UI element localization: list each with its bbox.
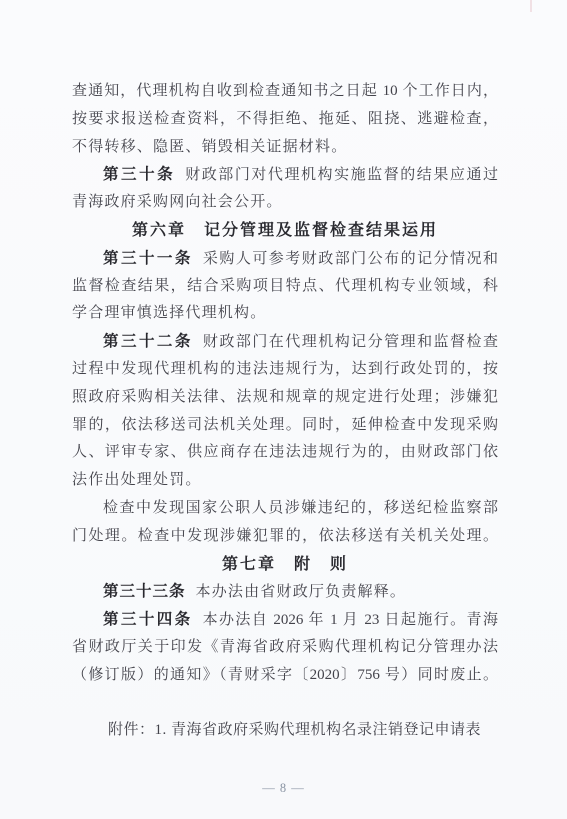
article-number: 第三十四条	[103, 611, 193, 628]
text-run: 省财政厅关于印发《青海省政府采购代理机构记分管理办法	[72, 639, 498, 655]
text-run: 财政部门对代理机构实施监督的结果应通过	[185, 167, 498, 183]
document-page: 查通知，代理机构自收到检查通知书之日起 10 个工作日内，按要求报送检查资料，不…	[0, 0, 567, 819]
document-line: 过程中发现代理机构的违法违规行为，达到行政处罚的，按	[72, 356, 498, 384]
text-run: 罪的，依法移送司法机关处理。同时，延伸检查中发现采购	[72, 417, 498, 433]
document-line: 罪的，依法移送司法机关处理。同时，延伸检查中发现采购	[72, 412, 498, 440]
chapter-heading: 第七章 附 则	[72, 551, 498, 579]
text-run: 不得转移、隐匿、销毁相关证据材料。	[72, 139, 347, 155]
text-run: 门处理。检查中发现涉嫌犯罪的，依法移送有关机关处理。	[72, 528, 498, 544]
document-line: 青海政府采购网向社会公开。	[72, 189, 498, 217]
text-run: 本办法由省财政厅负责解释。	[196, 584, 407, 600]
document-line: （修订版）的通知》（青财采字〔2020〕756 号）同时废止。	[72, 662, 498, 690]
article-number: 第三十一条	[103, 250, 193, 267]
text-run: 过程中发现代理机构的违法违规行为，达到行政处罚的，按	[72, 361, 498, 377]
text-run: 人、评审专家、供应商存在违法违规行为的，由财政部门依	[72, 444, 498, 460]
document-line: 法作出处理处罚。	[72, 467, 498, 495]
document-line: 按要求报送检查资料，不得拒绝、拖延、阻挠、逃避检查，	[72, 106, 498, 134]
text-run: 监督检查结果，结合采购项目特点、代理机构专业领域，科	[72, 278, 498, 294]
document-line: 省财政厅关于印发《青海省政府采购代理机构记分管理办法	[72, 634, 498, 662]
document-line: 查通知，代理机构自收到检查通知书之日起 10 个工作日内，	[72, 78, 498, 106]
text-run: 第七章 附 则	[222, 556, 348, 573]
scan-artifact	[530, 0, 532, 12]
document-line: 检查中发现国家公职人员涉嫌违纪的，移送纪检监察部	[72, 495, 498, 523]
blank-line	[72, 690, 498, 718]
attachment-line: 附件：1. 青海省政府采购代理机构名录注销登记申请表	[72, 717, 498, 745]
article-number: 第三十二条	[103, 333, 193, 350]
document-line: 第三十四条本办法自 2026 年 1 月 23 日起施行。青海	[72, 606, 498, 634]
document-line: 人、评审专家、供应商存在违法违规行为的，由财政部门依	[72, 439, 498, 467]
text-run: 本办法自 2026 年 1 月 23 日起施行。青海	[203, 612, 498, 628]
text-run: 检查中发现国家公职人员涉嫌违纪的，移送纪检监察部	[103, 500, 498, 516]
chapter-heading: 第六章 记分管理及监督检查结果运用	[72, 217, 498, 245]
text-run: 第六章 记分管理及监督检查结果运用	[132, 222, 438, 239]
document-line: 第三十一条采购人可参考财政部门公布的记分情况和	[72, 245, 498, 273]
text-run: 照政府采购相关法律、法规和规章的规定进行处理；涉嫌犯	[72, 389, 498, 405]
document-line: 照政府采购相关法律、法规和规章的规定进行处理；涉嫌犯	[72, 384, 498, 412]
document-body: 查通知，代理机构自收到检查通知书之日起 10 个工作日内，按要求报送检查资料，不…	[72, 78, 498, 745]
text-run: 青海政府采购网向社会公开。	[72, 194, 283, 210]
document-line: 监督检查结果，结合采购项目特点、代理机构专业领域，科	[72, 273, 498, 301]
document-line: 不得转移、隐匿、销毁相关证据材料。	[72, 134, 498, 162]
text-run: 采购人可参考财政部门公布的记分情况和	[203, 251, 498, 267]
document-line: 第三十三条本办法由省财政厅负责解释。	[72, 578, 498, 606]
text-run: 按要求报送检查资料，不得拒绝、拖延、阻挠、逃避检查，	[72, 111, 498, 127]
document-line: 学合理审慎选择代理机构。	[72, 300, 498, 328]
text-run: 财政部门在代理机构记分管理和监督检查	[203, 334, 498, 350]
document-line: 第三十条财政部门对代理机构实施监督的结果应通过	[72, 161, 498, 189]
text-run: 附件：1. 青海省政府采购代理机构名录注销登记申请表	[108, 722, 481, 738]
page-number: — 8 —	[0, 781, 567, 796]
article-number: 第三十条	[103, 166, 175, 183]
document-line: 第三十二条财政部门在代理机构记分管理和监督检查	[72, 328, 498, 356]
article-number: 第三十三条	[103, 583, 186, 600]
document-line: 门处理。检查中发现涉嫌犯罪的，依法移送有关机关处理。	[72, 523, 498, 551]
text-run: 学合理审慎选择代理机构。	[72, 305, 266, 321]
text-run: （修订版）的通知》（青财采字〔2020〕756 号）同时废止。	[72, 667, 498, 683]
text-run: 查通知，代理机构自收到检查通知书之日起 10 个工作日内，	[72, 83, 498, 99]
text-run: 法作出处理处罚。	[72, 472, 202, 488]
